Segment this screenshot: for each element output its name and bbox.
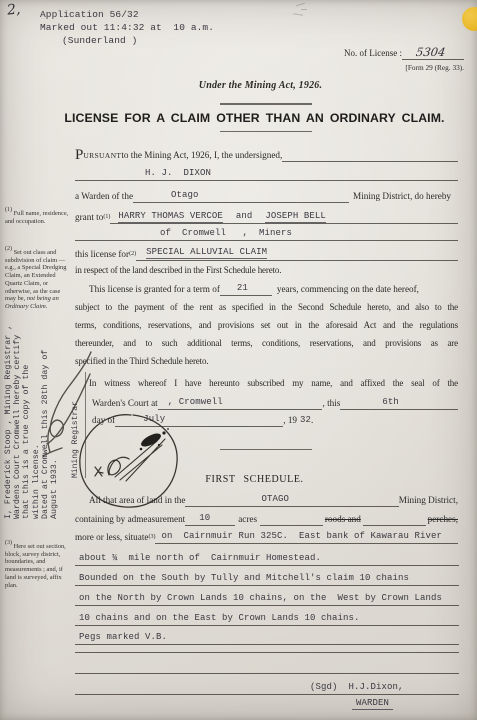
situate-line: more or less, situate(3) on Cairnmuir Ru… (75, 529, 458, 544)
year-printed: , 19 (283, 415, 297, 426)
situate-value: on Cairnmuir Run 325C. East bank of Kawa… (161, 531, 442, 542)
grantee-2: JOSEPH BELL (265, 211, 326, 223)
witness-line: In witness whereof I have hereunto subsc… (75, 377, 458, 389)
perches-rule (363, 511, 426, 526)
acres-value: 10 (199, 513, 210, 524)
warden-title: WARDEN (352, 698, 393, 710)
terms-line-3: thereunder, and to such additional terms… (75, 337, 458, 349)
form-reference: [Form 29 (Reg. 33). (345, 63, 464, 72)
license-for-label: this license for (75, 249, 129, 260)
description-line: on the North by Crown Lands 10 chains, o… (75, 588, 459, 606)
pursuant-line: PURSUANT to the Mining Act, 1926, I, the… (75, 145, 458, 162)
year-period: . (311, 415, 313, 426)
description-line: Bounded on the South by Tully and Mitche… (75, 568, 459, 586)
pursuant-rest: to the Mining Act, 1926, I, the undersig… (121, 150, 282, 161)
term-rule: 21 (220, 281, 272, 296)
district-rule: Otago (133, 188, 349, 203)
court-value: , Cromwell (168, 397, 223, 408)
description-text: 10 chains and on the East by Crown Lands… (79, 613, 360, 623)
margin-note-2-ref: (2) (5, 246, 12, 252)
divider-rule (220, 103, 312, 105)
acres-word: acres (235, 514, 260, 525)
yellow-dot-sticker (462, 7, 477, 31)
terms-line-4: specified in the Third Schedule hereto. (75, 355, 458, 367)
license-number-rule: 5304 (402, 44, 464, 60)
situate-label: more or less, situate (75, 532, 148, 543)
description-line: 10 chains and on the East by Crown Lands… (75, 608, 459, 626)
perches-word-struck: perches, (426, 514, 458, 525)
license-for-ref: (2) (129, 249, 136, 260)
grantees-line2-rule: of Cromwell , Miners (75, 226, 458, 241)
pencil-mark (301, 9, 307, 10)
document-page: 2, Application 56/32 Marked out 11:4:32 … (0, 0, 477, 720)
district-value: Otago (171, 190, 199, 201)
grantees-line2: of Cromwell , Miners (75, 226, 458, 241)
term-line: This license is granted for a term of 21… (75, 281, 458, 296)
this-label: , this (322, 398, 340, 409)
schedule-area-line: All that area of land in the OTAGO Minin… (75, 492, 458, 507)
annotation-locality: (Sunderland ) (62, 35, 137, 46)
description-text: on the North by Crown Lands 10 chains, o… (79, 593, 442, 603)
margin-note-1-ref: (1) (5, 207, 12, 213)
court-line: Warden's Court at , Cromwell , this 6th (75, 395, 458, 410)
margin-note-3: (3) Here set out section, block, survey … (5, 540, 69, 589)
schedule-divider-rule (220, 449, 312, 450)
grant-ref: (1) (103, 212, 110, 223)
license-for-line: this license for(2) SPECIAL ALLUVIAL CLA… (75, 246, 458, 261)
grantees-line2-value: of Cromwell , Miners (160, 228, 292, 239)
grant-to-label: grant to (75, 212, 103, 223)
blank-rule (75, 673, 459, 674)
day-value: 6th (382, 397, 399, 408)
description-text: Bounded on the South by Tully and Mitche… (79, 573, 409, 583)
page-number-handwritten: 2, (6, 1, 21, 18)
warden-name-line: H. J. DIXON (75, 166, 458, 181)
margin-note-3-ref: (3) (5, 540, 12, 546)
margin-note-1: (1) Full name, residence, and occupation… (5, 207, 69, 225)
schedule-district-value: OTAGO (261, 494, 289, 505)
warden-of-label: a Warden of the (75, 191, 133, 202)
warden-name: H. J. DIXON (145, 168, 211, 179)
margin-note-1-text: Full name, residence, and occupation. (5, 210, 68, 225)
term-years: 21 (237, 283, 248, 294)
admeasurement-line: containing by admeasurement 10 acres roo… (75, 511, 458, 526)
act-line: Under the Mining Act, 1926. (0, 80, 477, 91)
license-number-value: 5304 (415, 47, 446, 58)
admeasurement-label: containing by admeasurement (75, 514, 185, 525)
terms-line-1: subject to the payment of the rent as sp… (75, 301, 458, 313)
schedule-after-district: Mining District, (399, 495, 458, 506)
roods-rule (260, 511, 323, 526)
license-number-line: No. of License : 5304 (344, 44, 464, 60)
pencil-mark (293, 13, 303, 15)
pencil-mark (296, 3, 305, 7)
annotation-application: Application 56/32 (40, 9, 139, 20)
license-type-rule: SPECIAL ALLUVIAL CLAIM (136, 246, 458, 261)
term-post: years, commencing on the date hereof, (272, 284, 419, 295)
blank-rule (75, 652, 459, 653)
grant-conjunction: and (223, 211, 266, 221)
license-type-value: SPECIAL ALLUVIAL CLAIM (146, 247, 267, 260)
title-underline-rule (220, 131, 312, 132)
margin-note-3-text: Here set out section, block, survey dist… (5, 543, 66, 589)
situate-rule: on Cairnmuir Run 325C. East bank of Kawa… (155, 529, 458, 544)
pursuant-rule (282, 145, 458, 162)
grantee-1: HARRY THOMAS VERCOE (118, 211, 223, 223)
day-rule: 6th (340, 395, 458, 410)
term-pre: This license is granted for a term of (89, 284, 220, 295)
situate-ref: (3) (148, 532, 155, 543)
terms-line-2: terms, conditions, reservations, and pro… (75, 319, 458, 331)
description-text: about ¾ mile north of Cairnmuir Homestea… (79, 553, 321, 563)
after-district-label: Mining District, do hereby (349, 191, 451, 202)
first-schedule-heading: FIRST SCHEDULE. (0, 474, 477, 485)
all-that-label: All that area of land in the (89, 495, 185, 506)
respect-line: in respect of the land described in the … (75, 264, 458, 276)
year-value: 32 (297, 415, 311, 426)
signed-value: (Sgd) H.J.Dixon, (310, 682, 404, 692)
grant-line: grant to(1) HARRY THOMAS VERCOEandJOSEPH… (75, 209, 458, 224)
description-text: Pegs marked V.B. (79, 632, 167, 642)
warden-name-rule: H. J. DIXON (75, 166, 458, 181)
acres-rule: 10 (185, 511, 235, 526)
annotation-marked-out: Marked out 11:4:32 at 10 a.m. (40, 22, 214, 33)
pursuant-initial: P (75, 150, 83, 161)
signed-line: (Sgd) H.J.Dixon, (75, 678, 459, 695)
court-at-label: Warden's Court at (92, 398, 158, 409)
description-line: about ¾ mile north of Cairnmuir Homestea… (75, 548, 459, 566)
document-title: LICENSE FOR A CLAIM OTHER THAN AN ORDINA… (0, 111, 477, 125)
pursuant-smallcaps: URSUANT (83, 150, 121, 161)
warden-of-line: a Warden of the Otago Mining District, d… (75, 188, 458, 203)
description-line: Pegs marked V.B. (75, 627, 459, 645)
grantees-rule: HARRY THOMAS VERCOEandJOSEPH BELL (110, 209, 458, 224)
roods-word-struck: roods and (323, 514, 363, 525)
license-number-label: No. of License : (344, 48, 402, 59)
schedule-district-rule: OTAGO (185, 492, 398, 507)
court-rule: , Cromwell (158, 395, 323, 410)
